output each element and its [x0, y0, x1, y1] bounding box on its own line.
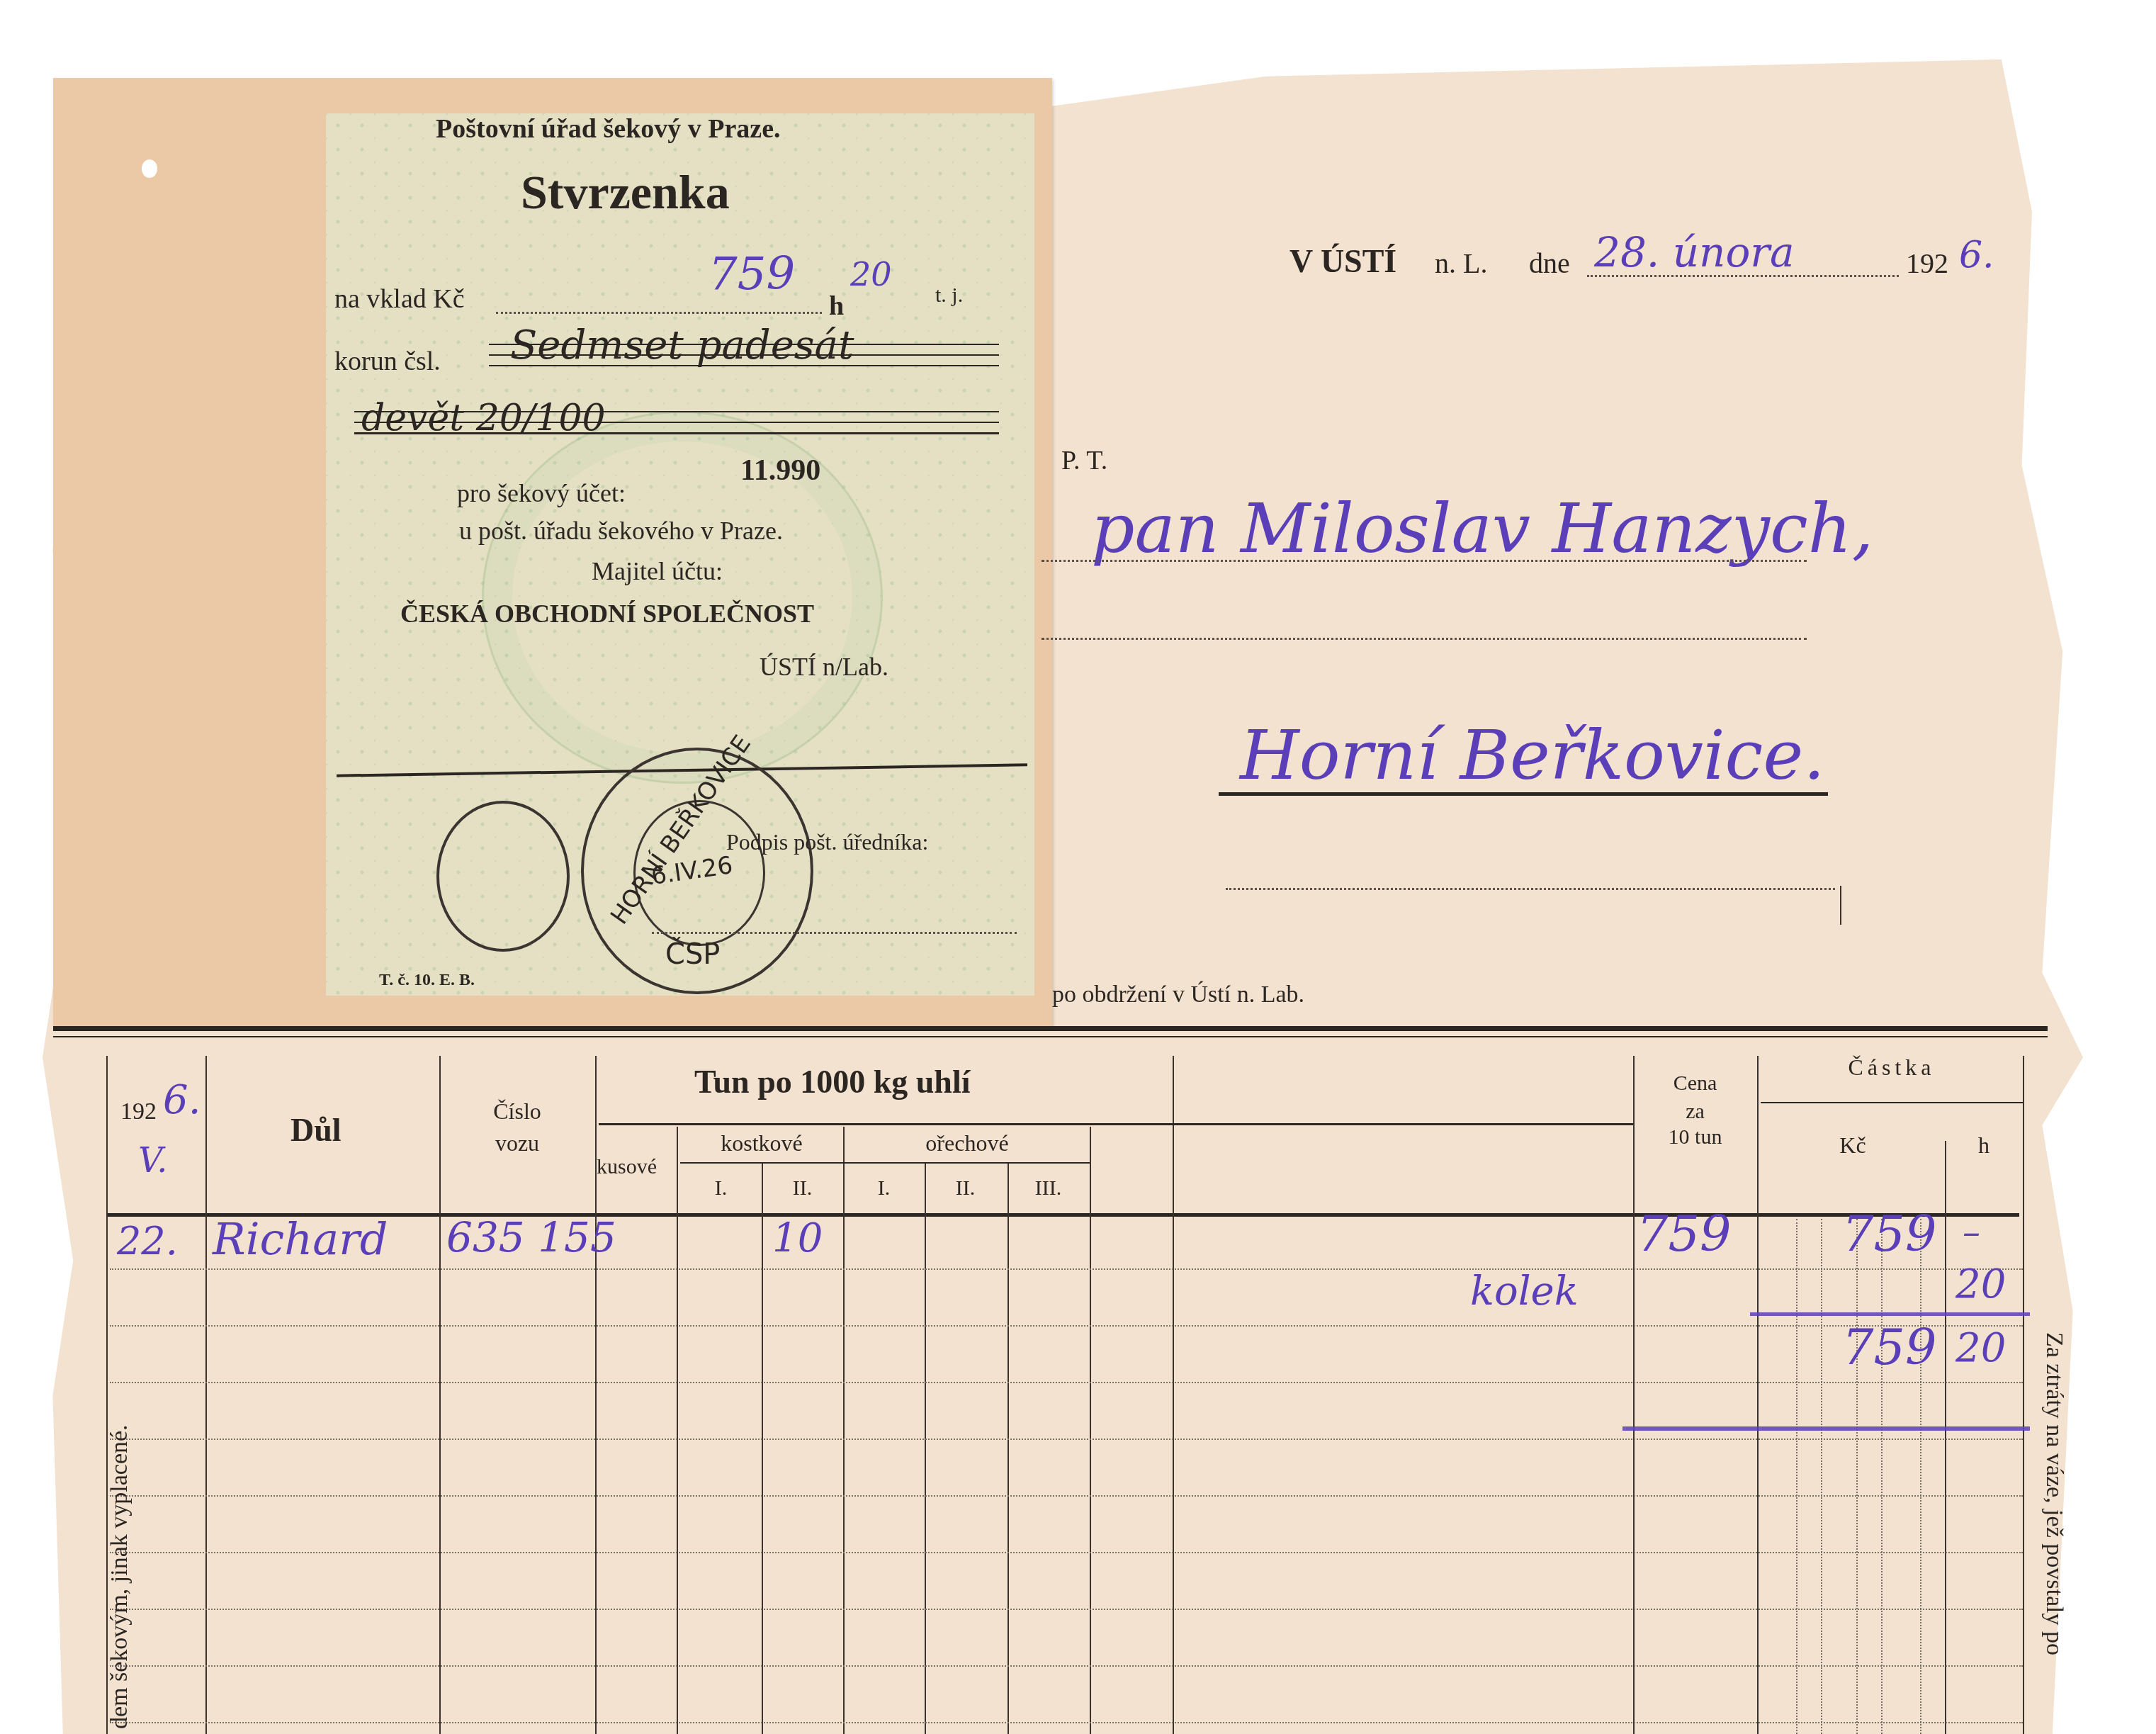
table-year-suffix: 6. [163, 1077, 201, 1123]
col-divider [1173, 1056, 1174, 1734]
signature-line [652, 932, 1017, 934]
header-car-1: Číslo [468, 1098, 567, 1125]
col-dotted [1856, 1219, 1858, 1734]
date-value: 28. února [1594, 228, 1795, 276]
row-1-price: 759 [1637, 1205, 1732, 1263]
row-guide [110, 1495, 2023, 1497]
place-suffix: n. L. [1435, 247, 1487, 280]
row-1-day: 22. [117, 1219, 178, 1263]
receipt-office: Poštovní úřad šekový v Praze. [436, 113, 781, 145]
header-car-2: vozu [468, 1130, 567, 1156]
col-divider [1008, 1162, 1009, 1734]
header-tons-title: Tun po 1000 kg uhlí [694, 1063, 971, 1100]
col-divider [1090, 1127, 1091, 1734]
corner-mark [1840, 886, 1841, 925]
words-line-2: devět 20/100 [361, 397, 606, 439]
account-office: u pošt. úřadu šekového v Praze. [459, 516, 783, 546]
header-cube: kostkové [680, 1130, 843, 1156]
col-divider [1757, 1056, 1759, 1734]
header-amount: Částka [1761, 1054, 2023, 1081]
col-dotted [1920, 1219, 1921, 1734]
col-divider [762, 1162, 763, 1734]
double-underline [1622, 1426, 2030, 1431]
row-2-h: 20 [1955, 1261, 2006, 1307]
header-price-1: Cena [1633, 1071, 1757, 1096]
h-label: h [829, 291, 844, 322]
header-price-2: za [1633, 1100, 1757, 1124]
account-number: 11.990 [740, 454, 820, 488]
table-top-rule [53, 1026, 2048, 1031]
header-mine: Důl [290, 1111, 342, 1149]
table-year-prefix: 192 [120, 1098, 157, 1125]
row-guide [110, 1382, 2023, 1383]
place-label: V ÚSTÍ [1289, 242, 1396, 280]
grade-rule [680, 1162, 1090, 1164]
ti-label: t. j. [935, 283, 963, 308]
left-margin-note: dem šekovým, jinak vyplacené. [106, 1424, 133, 1729]
row-guide [110, 1552, 2023, 1553]
sum-line [1750, 1312, 2030, 1316]
right-margin-note: Za ztráty na váze, jež povstaly po [2041, 1332, 2067, 1655]
fee-circle [436, 801, 570, 952]
owner-label: Majitel účtu: [592, 556, 723, 586]
table-top-rule-thin [53, 1036, 2048, 1037]
col-divider [2023, 1056, 2024, 1734]
address-underline [1219, 792, 1828, 796]
header-kc: Kč [1761, 1132, 1945, 1159]
tons-rule [599, 1123, 1633, 1125]
row-1-mine: Richard [213, 1213, 388, 1265]
postmark-suffix: ČSP [665, 938, 720, 971]
year-suffix: 6. [1959, 234, 1994, 276]
form-code: T. č. 10. E. B. [379, 971, 475, 990]
punch-hole [142, 159, 157, 178]
col-divider [439, 1056, 441, 1734]
deposit-h-value: 20 [850, 255, 892, 293]
col-divider [1945, 1141, 1946, 1734]
row-guide [110, 1268, 2023, 1270]
recipient-line-3 [1226, 888, 1835, 890]
date-label: dne [1529, 247, 1570, 280]
table-header-rule [106, 1213, 2019, 1217]
signature-label: Podpis pošt. úředníka: [726, 829, 928, 855]
col-dotted [1881, 1219, 1883, 1734]
deposit-label: na vklad Kč [334, 283, 465, 315]
postmark-stamp: HORNÍ BEŘKOVICE 6.IV.26 ČSP [581, 748, 813, 994]
words-label: korun čsl. [334, 346, 441, 377]
year-prefix: 192 [1906, 247, 1948, 280]
amount-rule [1761, 1102, 2023, 1103]
row-guide [110, 1665, 2023, 1667]
recipient-name: pan Miloslav Hanzych, [1091, 489, 1873, 568]
col-divider [843, 1127, 845, 1734]
col-dotted [1796, 1219, 1797, 1734]
col-divider [677, 1127, 678, 1734]
header-nut-I: I. [843, 1176, 925, 1200]
header-cube-II: II. [762, 1176, 843, 1200]
salutation: P. T. [1061, 445, 1107, 476]
recipient-line-1 [1042, 560, 1807, 562]
row-1-cube-II: 10 [772, 1215, 823, 1261]
recipient-town: Horní Beřkovice. [1240, 716, 1825, 795]
row-1-car: 635 155 [446, 1213, 616, 1261]
row-guide [110, 1722, 2023, 1723]
row-2-note: kolek [1470, 1268, 1579, 1314]
words-line-1: Sedmset padesát [510, 322, 854, 368]
col-divider [925, 1162, 926, 1734]
table-month: V. [138, 1141, 168, 1181]
total-kc: 759 [1842, 1318, 1937, 1376]
row-guide [110, 1325, 2023, 1327]
header-nut-III: III. [1008, 1176, 1089, 1200]
header-nut-II: II. [925, 1176, 1006, 1200]
payment-note: po obdržení v Ústí n. Lab. [1052, 981, 1304, 1008]
owner-name: ČESKÁ OBCHODNÍ SPOLEČNOST [400, 599, 814, 629]
total-h: 20 [1955, 1325, 2006, 1371]
header-nut: ořechové [843, 1130, 1091, 1156]
header-lump: kusové [597, 1155, 657, 1179]
col-divider [1633, 1056, 1635, 1734]
row-guide [110, 1439, 2023, 1440]
header-price-3: 10 tun [1633, 1125, 1757, 1149]
row-1-kc: 759 [1842, 1205, 1937, 1263]
row-1-h: – [1963, 1212, 1980, 1253]
col-dotted [1821, 1219, 1822, 1734]
recipient-line-2 [1042, 638, 1807, 640]
header-h: h [1945, 1132, 2023, 1159]
receipt-title: Stvrzenka [521, 164, 730, 220]
header-cube-I: I. [680, 1176, 762, 1200]
account-label: pro šekový účet: [457, 478, 626, 508]
owner-city: ÚSTÍ n/Lab. [760, 652, 888, 682]
deposit-dotted-line [496, 312, 822, 314]
col-divider [205, 1056, 207, 1734]
row-guide [110, 1609, 2023, 1610]
deposit-kc-value: 759 [709, 248, 795, 300]
